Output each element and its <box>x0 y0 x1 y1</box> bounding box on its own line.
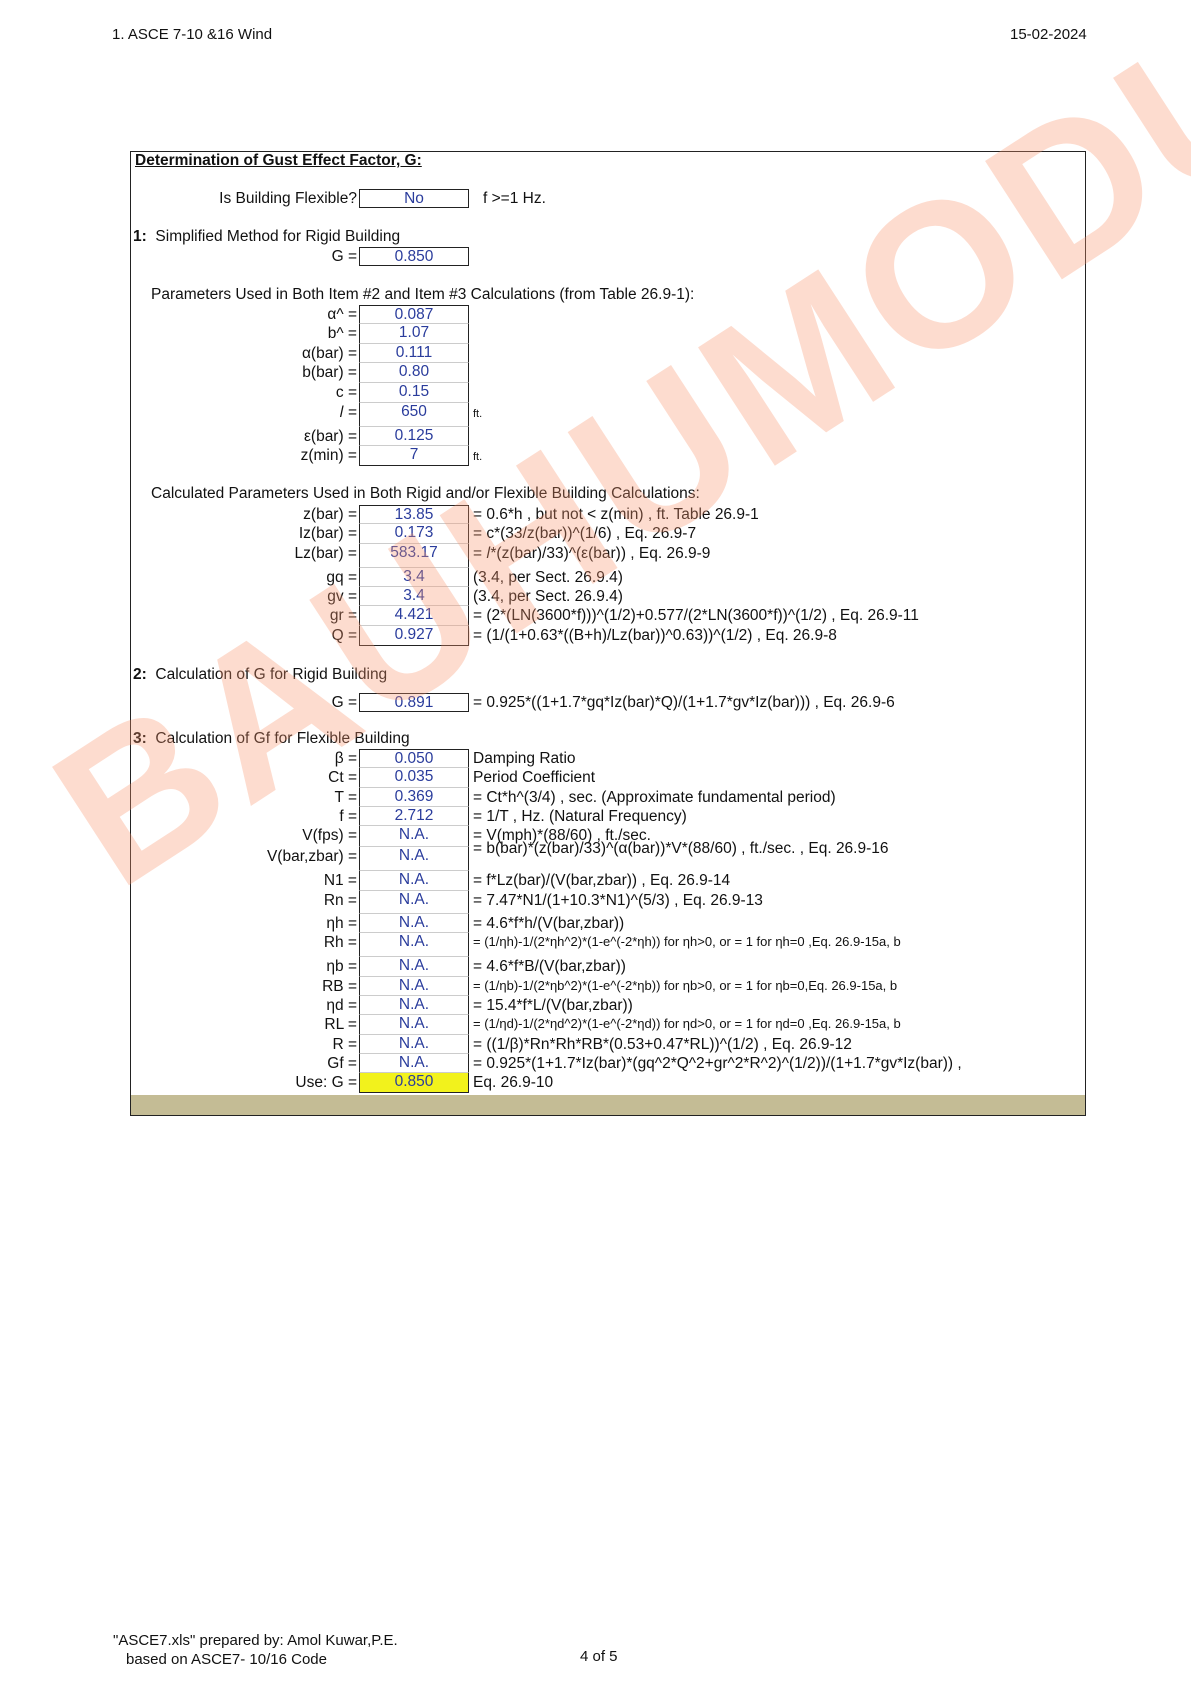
row-formula: = (1/ηh)-1/(2*ηh^2)*(1-e^(-2*ηh)) for ηh… <box>473 934 901 949</box>
footer-code-basis: based on ASCE7- 10/16 Code <box>126 1651 327 1668</box>
row-label: c = <box>157 384 357 402</box>
row-value[interactable]: N.A. <box>359 933 469 957</box>
row-label: 𝑙 = <box>157 404 357 422</box>
row-value[interactable]: 0.927 <box>359 626 469 646</box>
row-value[interactable]: 650 <box>359 403 469 427</box>
footer-band <box>131 1095 1085 1115</box>
row-label: β = <box>157 750 357 768</box>
row-label: Lz(bar) = <box>157 545 357 563</box>
row-formula: (3.4, per Sect. 26.9.4) <box>473 569 623 587</box>
row-value[interactable]: 7 <box>359 446 469 466</box>
item1-g-label: G = <box>157 248 357 266</box>
row-formula: = ((1/β)*Rn*Rh*RB*(0.53+0.47*RL))^(1/2) … <box>473 1036 852 1054</box>
row-value[interactable]: N.A. <box>359 1054 469 1073</box>
row-label: b^ = <box>157 325 357 343</box>
row-unit: ft. <box>473 408 482 420</box>
row-formula: = (1/(1+0.63*((B+h)/Lz(bar))^0.63))^(1/2… <box>473 627 837 645</box>
row-formula: = 1/T , Hz. (Natural Frequency) <box>473 808 687 826</box>
row-label: V(bar,zbar) = <box>157 848 357 866</box>
row-label: Use: G = <box>157 1074 357 1092</box>
row-formula: = 4.6*f*B/(V(bar,zbar)) <box>473 958 626 976</box>
row-formula: = 7.47*N1/(1+10.3*N1)^(5/3) , Eq. 26.9-1… <box>473 892 763 910</box>
params-heading: Parameters Used in Both Item #2 and Item… <box>151 286 694 304</box>
row-value[interactable]: 0.369 <box>359 788 469 807</box>
item2-g-value[interactable]: 0.891 <box>359 693 469 712</box>
row-label: z(bar) = <box>157 506 357 524</box>
row-label: Q = <box>157 627 357 645</box>
row-value[interactable]: 3.4 <box>359 587 469 606</box>
row-value[interactable]: 4.421 <box>359 606 469 626</box>
item1-heading: 1: Simplified Method for Rigid Building <box>133 228 400 246</box>
row-label: ηb = <box>157 958 357 976</box>
item2-formula: = 0.925*((1+1.7*gq*Iz(bar)*Q)/(1+1.7*gv*… <box>473 694 895 712</box>
calc-heading: Calculated Parameters Used in Both Rigid… <box>151 485 700 503</box>
row-formula: = 𝑙*(z(bar)/33)^(ε(bar)) , Eq. 26.9-9 <box>473 545 710 563</box>
row-value[interactable]: N.A. <box>359 977 469 996</box>
row-label: f = <box>157 808 357 826</box>
row-label: gr = <box>157 607 357 625</box>
row-value[interactable]: 2.712 <box>359 807 469 826</box>
row-formula: = 15.4*f*L/(V(bar,zbar)) <box>473 997 633 1015</box>
row-value[interactable]: N.A. <box>359 847 469 871</box>
row-value[interactable]: N.A. <box>359 914 469 933</box>
row-formula: = 4.6*f*h/(V(bar,zbar)) <box>473 915 624 933</box>
row-value[interactable]: N.A. <box>359 996 469 1015</box>
row-value[interactable]: 583.17 <box>359 544 469 568</box>
item1-g-value[interactable]: 0.850 <box>359 247 469 266</box>
row-label: b(bar) = <box>157 364 357 382</box>
row-value[interactable]: N.A. <box>359 957 469 977</box>
row-value[interactable]: N.A. <box>359 1035 469 1054</box>
section-title: Determination of Gust Effect Factor, G: <box>135 152 422 170</box>
document-title: 1. ASCE 7-10 &16 Wind <box>112 26 272 43</box>
row-label: N1 = <box>157 872 357 890</box>
row-value[interactable]: 0.850 <box>359 1073 469 1093</box>
row-label: z(min) = <box>157 447 357 465</box>
row-formula: = c*(33/z(bar))^(1/6) , Eq. 26.9-7 <box>473 525 696 543</box>
row-value[interactable]: N.A. <box>359 1015 469 1035</box>
row-formula: = Ct*h^(3/4) , sec. (Approximate fundame… <box>473 789 836 807</box>
row-label: gq = <box>157 569 357 587</box>
row-value[interactable]: 0.15 <box>359 383 469 403</box>
row-value[interactable]: 0.111 <box>359 344 469 363</box>
row-label: α^ = <box>157 306 357 324</box>
flexible-value[interactable]: No <box>359 189 469 208</box>
flexible-note: f >=1 Hz. <box>483 190 546 208</box>
row-value[interactable]: 0.035 <box>359 768 469 788</box>
row-formula: = (1/ηd)-1/(2*ηd^2)*(1-e^(-2*ηd)) for ηd… <box>473 1016 901 1031</box>
row-value[interactable]: N.A. <box>359 826 469 847</box>
row-label: Iz(bar) = <box>157 525 357 543</box>
row-label: ε(bar) = <box>157 428 357 446</box>
row-label: ηh = <box>157 915 357 933</box>
row-value[interactable]: 0.80 <box>359 363 469 383</box>
row-formula: = b(bar)*(z(bar)/33)^(α(bar))*V*(88/60) … <box>473 840 889 858</box>
row-formula: = 0.925*(1+1.7*Iz(bar)*(gq^2*Q^2+gr^2*R^… <box>473 1055 962 1073</box>
row-value[interactable]: 13.85 <box>359 505 469 524</box>
row-value[interactable]: N.A. <box>359 871 469 891</box>
row-label: Rn = <box>157 892 357 910</box>
row-label: Gf = <box>157 1055 357 1073</box>
gust-factor-sheet: Determination of Gust Effect Factor, G: … <box>130 151 1086 1116</box>
row-value[interactable]: 0.087 <box>359 305 469 324</box>
row-value[interactable]: 0.173 <box>359 524 469 544</box>
item3-heading: 3: Calculation of Gf for Flexible Buildi… <box>133 730 410 748</box>
row-formula: (3.4, per Sect. 26.9.4) <box>473 588 623 606</box>
row-value[interactable]: 1.07 <box>359 324 469 344</box>
row-value[interactable]: N.A. <box>359 891 469 914</box>
row-label: RL = <box>157 1016 357 1034</box>
flexible-label: Is Building Flexible? <box>157 190 357 208</box>
row-label: gv = <box>157 588 357 606</box>
item2-heading: 2: Calculation of G for Rigid Building <box>133 666 387 684</box>
row-value[interactable]: 3.4 <box>359 568 469 587</box>
row-formula: Damping Ratio <box>473 750 576 768</box>
row-label: T = <box>157 789 357 807</box>
row-label: Ct = <box>157 769 357 787</box>
row-label: α(bar) = <box>157 345 357 363</box>
row-value[interactable]: 0.050 <box>359 749 469 768</box>
row-formula: Period Coefficient <box>473 769 595 787</box>
footer-prepared-by: "ASCE7.xls" prepared by: Amol Kuwar,P.E. <box>113 1632 398 1649</box>
row-label: R = <box>157 1036 357 1054</box>
row-label: Rh = <box>157 934 357 952</box>
row-formula: = f*Lz(bar)/(V(bar,zbar)) , Eq. 26.9-14 <box>473 872 730 890</box>
row-label: RB = <box>157 978 357 996</box>
footer-page-number: 4 of 5 <box>580 1648 618 1665</box>
row-formula: Eq. 26.9-10 <box>473 1074 553 1092</box>
row-value[interactable]: 0.125 <box>359 427 469 446</box>
row-unit: ft. <box>473 451 482 463</box>
row-formula: = (2*(LN(3600*f)))^(1/2)+0.577/(2*LN(360… <box>473 607 919 625</box>
document-date: 15-02-2024 <box>1010 26 1087 43</box>
item2-g-label: G = <box>157 694 357 712</box>
row-label: V(fps) = <box>157 827 357 845</box>
row-formula: = (1/ηb)-1/(2*ηb^2)*(1-e^(-2*ηb)) for ηb… <box>473 978 897 993</box>
row-formula: = 0.6*h , but not < z(min) , ft. Table 2… <box>473 506 759 524</box>
row-label: ηd = <box>157 997 357 1015</box>
